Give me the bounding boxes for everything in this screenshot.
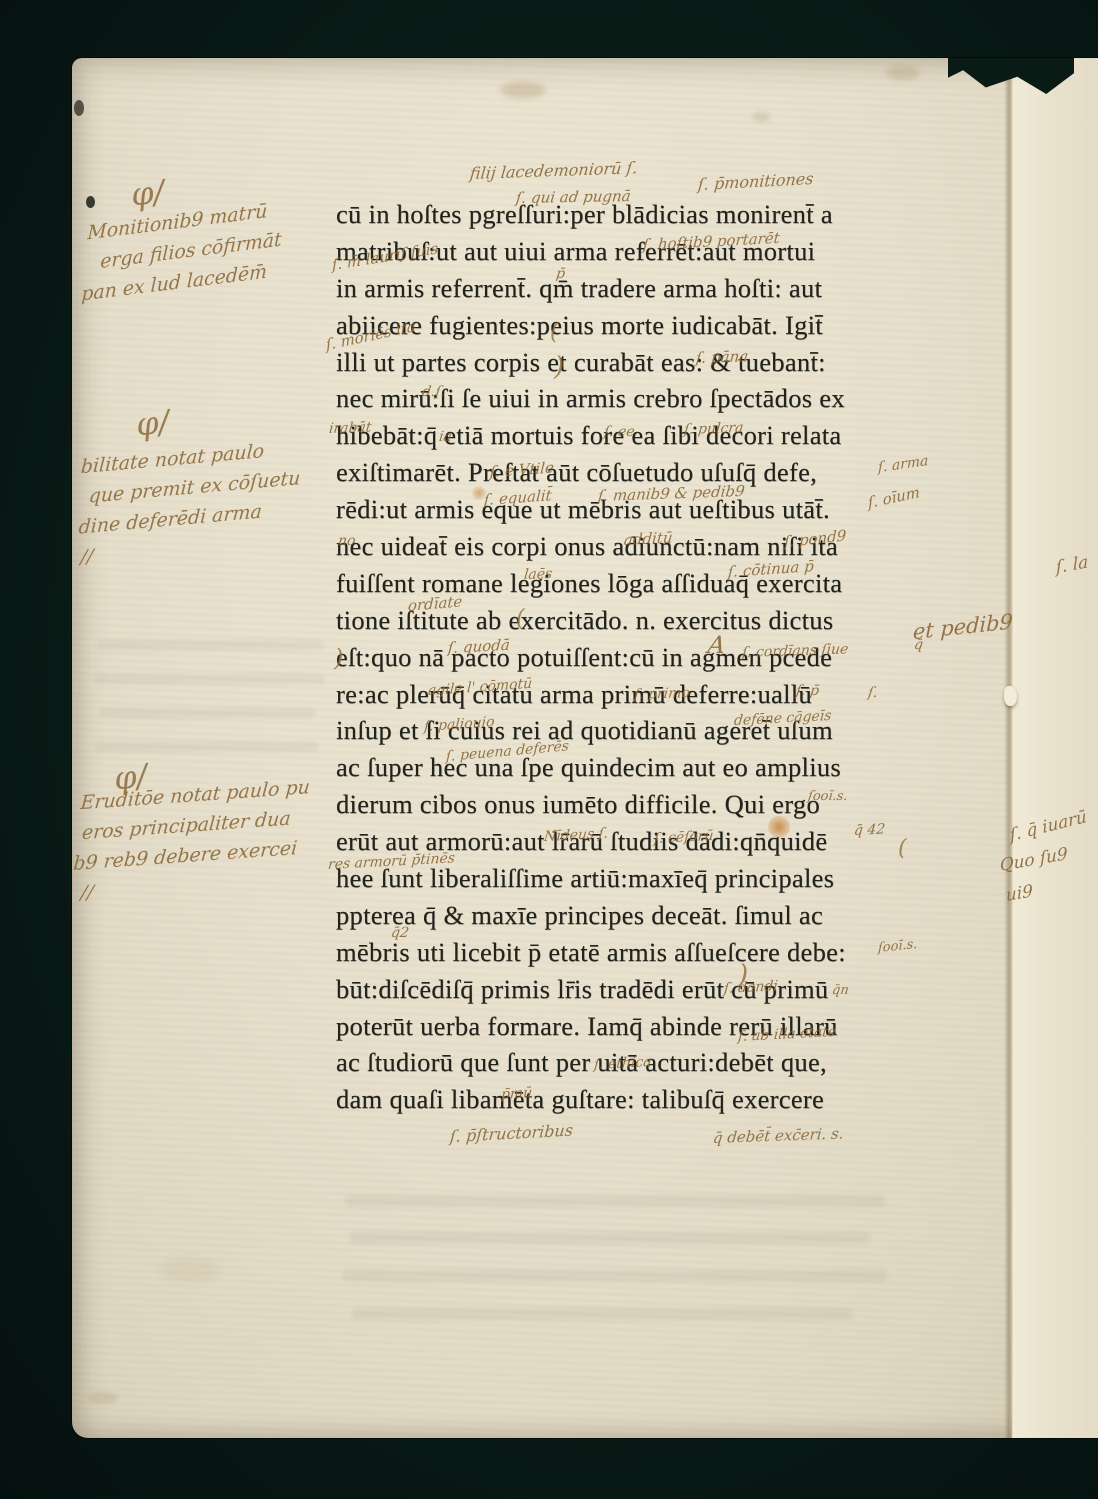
printed-line: illi ut partes corpis et curabāt eas: & … <box>336 344 936 381</box>
interlinear-gloss: laēs <box>523 566 553 583</box>
interlinear-gloss: ſ. ethica <box>593 1054 652 1073</box>
interlinear-gloss: ſ. dandi <box>723 978 778 997</box>
printed-line: abiicere fugientes:peius morte iudicabāt… <box>336 307 936 344</box>
interlinear-gloss: ſ. cēſorū <box>653 828 714 847</box>
interlinear-gloss: ſ. p̄ <box>795 683 820 699</box>
interlinear-gloss: q̄2 <box>390 925 410 941</box>
interlinear-gloss: irabāt <box>328 419 372 437</box>
interlinear-gloss: no <box>337 533 357 549</box>
annotation-paren: ) <box>738 960 748 990</box>
printed-line: cū in hoſtes pgreſſuri:per blādicias mon… <box>336 196 936 233</box>
annotation-paren: ) <box>554 352 564 382</box>
interlinear-gloss: q̄ 42 <box>853 821 886 839</box>
interlinear-gloss: ſ. pulcra <box>683 420 744 438</box>
interlinear-gloss: ſ. <box>867 685 879 701</box>
interlinear-gloss: Nīdeus ſ. <box>543 826 609 845</box>
printed-line: poterūt uerba formare. Iamq̄ abinde rerū… <box>336 1008 936 1045</box>
interlinear-gloss: p̄mū <box>500 1085 532 1103</box>
interlinear-gloss: ſ. primo <box>633 685 691 703</box>
margin-note: bilitate notat paulo que premit ex cōſue… <box>74 433 304 574</box>
printed-line: hibebāt:q̄ etiā mortuis fore ea ſibi dec… <box>336 417 936 454</box>
printed-line: dam quaſi libamēta guſtare: talibuſq̄ ex… <box>336 1081 936 1118</box>
annotation-paren: ( <box>898 836 907 861</box>
interlinear-gloss: q̄n <box>831 983 850 998</box>
photograph-of-book: cū in hoſtes pgreſſuri:per blādicias mon… <box>0 0 1098 1499</box>
interlinear-gloss: ſooī.s. <box>807 789 849 804</box>
paragraph-mark: φ/ <box>134 402 171 443</box>
annotation-paren: ( <box>516 606 525 631</box>
interlinear-gloss: ia <box>438 429 453 445</box>
margin-note: Eruditōe notat paulo pu eros principalit… <box>71 772 311 909</box>
annotation-paren: ) <box>334 644 343 672</box>
interlinear-gloss: ſ. quodā <box>447 636 510 657</box>
printed-line: in armis referrent̄. qm̄ tradere arma ho… <box>336 270 936 307</box>
interlinear-gloss: additū <box>623 528 673 549</box>
printed-line: ac ſuper hec una ſpe quindecim aut eo am… <box>336 749 936 786</box>
interlinear-gloss: ſ. qui ad pugnā <box>515 187 632 207</box>
next-page-edge <box>1012 58 1098 1438</box>
interlinear-gloss: ſ. ee <box>603 424 636 440</box>
interlinear-gloss: d.ſ. <box>421 384 446 400</box>
printed-line: ppterea q̄ & maxīe principes deceāt. ſim… <box>336 897 936 934</box>
printed-line: mēbris uti licebit p̄ etatē armis aſſueſ… <box>336 934 936 971</box>
page-fold-crease <box>1004 58 1013 1438</box>
paragraph-mark: φ/ <box>129 172 166 213</box>
interlinear-gloss: ſ. pāna <box>695 347 749 367</box>
annotation-paren: ( <box>550 320 559 345</box>
